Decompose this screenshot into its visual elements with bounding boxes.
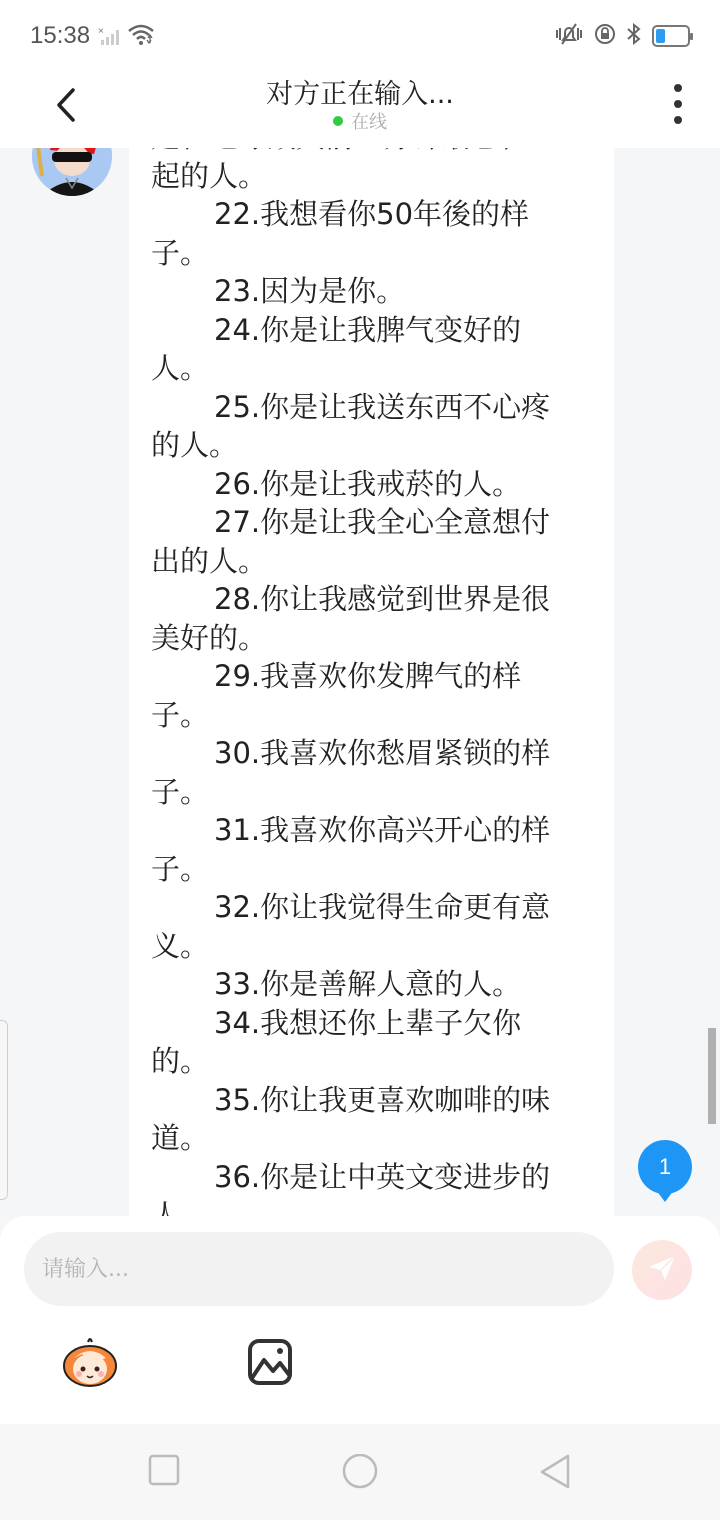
message-line: 34.我想还你上辈子欠你	[151, 1004, 592, 1043]
message-line: 36.你是让中英文变进步的	[151, 1158, 592, 1197]
sender-avatar[interactable]	[32, 148, 112, 196]
message-line: 的人。	[151, 426, 592, 465]
home-icon	[340, 1454, 380, 1492]
online-status: 在线	[0, 108, 720, 134]
message-line: 美好的。	[151, 619, 592, 658]
more-options-button[interactable]	[670, 84, 686, 124]
more-vertical-icon-dot	[674, 100, 682, 108]
message-line: 出的人。	[151, 542, 592, 581]
message-line: 27.你是让我全心全意想付	[151, 503, 592, 542]
message-line: 35.你让我更喜欢咖啡的味	[151, 1081, 592, 1120]
message-line: 22.我想看你50年後的样	[151, 195, 592, 234]
status-left-icons: ×	[98, 24, 154, 50]
message-line: 23.因为是你。	[151, 272, 592, 311]
bluetooth-icon	[626, 23, 642, 49]
message-line: 道。	[151, 1119, 592, 1158]
paper-plane-icon	[647, 1253, 677, 1287]
input-panel	[0, 1216, 720, 1424]
unread-count: 1	[659, 1154, 671, 1180]
message-list[interactable]: 是在地球毁灭前一分钟最想在一起的人。22.我想看你50年後的样子。23.因为是你…	[0, 148, 720, 1216]
message-line: 29.我喜欢你发脾气的样	[151, 657, 592, 696]
more-vertical-icon-dot	[674, 84, 682, 92]
message-line: 的。	[151, 1042, 592, 1081]
message-line: 30.我喜欢你愁眉紧锁的样	[151, 734, 592, 773]
message-line: 26.你是让我戒菸的人。	[151, 465, 592, 504]
chat-header: 对方正在输入... 在线	[0, 72, 720, 148]
chat-title: 对方正在输入...	[0, 72, 720, 111]
send-button[interactable]	[632, 1240, 692, 1300]
system-nav-bar	[0, 1424, 720, 1520]
side-drawer-handle[interactable]	[0, 1020, 8, 1200]
vibrate-mute-icon	[554, 22, 584, 50]
message-line: 33.你是善解人意的人。	[151, 965, 592, 1004]
status-bar: 15:38 ×	[0, 0, 720, 72]
message-line: 起的人。	[151, 157, 592, 196]
sticker-icon	[60, 1336, 120, 1390]
message-text: 是在地球毁灭前一分钟最想在一起的人。22.我想看你50年後的样子。23.因为是你…	[151, 148, 592, 1216]
message-line: 24.你是让我脾气变好的	[151, 311, 592, 350]
recent-apps-icon	[148, 1454, 180, 1488]
back-nav-button[interactable]	[538, 1454, 572, 1494]
status-right-icons	[554, 22, 690, 50]
message-line: 子。	[151, 234, 592, 273]
message-line: 是在地球毁灭前一分钟最想在一	[151, 148, 592, 157]
sticker-button[interactable]	[60, 1336, 120, 1390]
rotation-lock-icon	[594, 23, 616, 49]
message-line: 人	[151, 1196, 592, 1216]
image-icon	[246, 1338, 294, 1386]
signal-no-sim-icon: ×	[98, 26, 122, 50]
unread-count-badge[interactable]: 1	[638, 1140, 692, 1194]
online-status-text: 在线	[351, 108, 387, 134]
wifi-icon	[128, 24, 154, 50]
more-vertical-icon-dot	[674, 116, 682, 124]
home-button[interactable]	[340, 1454, 380, 1496]
message-line: 子。	[151, 850, 592, 889]
message-bubble[interactable]: 是在地球毁灭前一分钟最想在一起的人。22.我想看你50年後的样子。23.因为是你…	[129, 148, 614, 1216]
scrollbar-thumb[interactable]	[708, 1028, 716, 1124]
svg-text:×: ×	[98, 26, 104, 37]
message-line: 子。	[151, 696, 592, 735]
message-line: 子。	[151, 773, 592, 812]
battery-icon	[652, 25, 690, 47]
message-line: 32.你让我觉得生命更有意	[151, 888, 592, 927]
anime-avatar-icon	[32, 148, 112, 196]
message-line: 25.你是让我送东西不心疼	[151, 388, 592, 427]
recent-apps-button[interactable]	[148, 1454, 180, 1492]
message-input[interactable]	[24, 1232, 614, 1306]
message-line: 28.你让我感觉到世界是很	[151, 580, 592, 619]
back-triangle-icon	[538, 1454, 572, 1490]
message-line: 31.我喜欢你高兴开心的样	[151, 811, 592, 850]
image-button[interactable]	[246, 1338, 294, 1386]
message-line: 人。	[151, 349, 592, 388]
online-dot-icon	[333, 116, 343, 126]
status-time: 15:38	[30, 22, 90, 50]
chat-screen: 15:38 ×	[0, 0, 720, 1520]
battery-level	[656, 29, 665, 43]
message-line: 义。	[151, 927, 592, 966]
